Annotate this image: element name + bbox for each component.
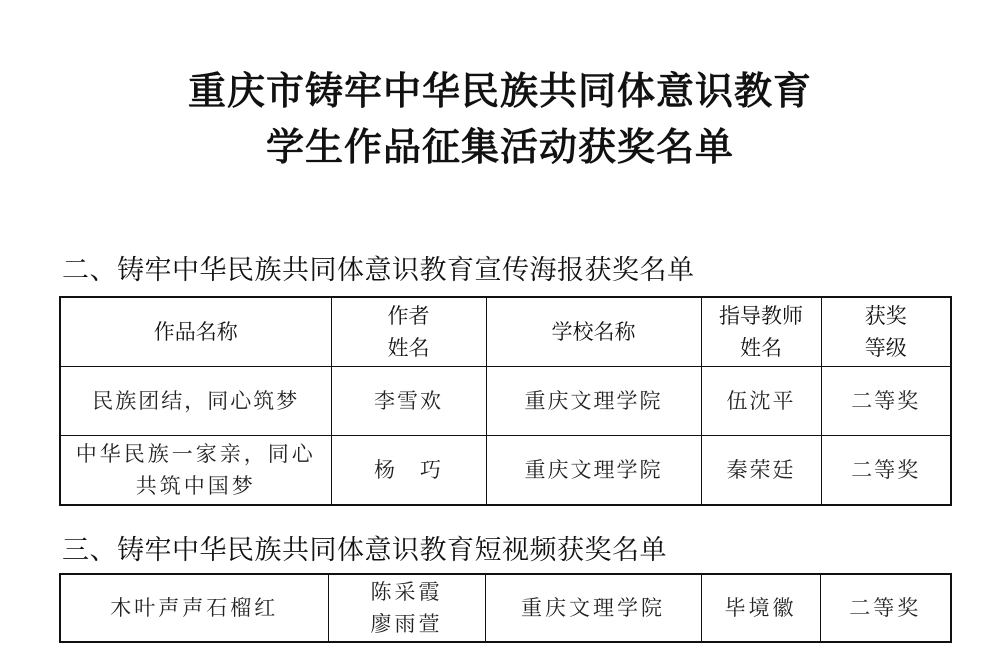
column-header-work-name: 作品名称	[60, 297, 331, 367]
cell-award-level: 二等奖	[821, 367, 951, 436]
cell-school-name: 重庆文理学院	[486, 436, 701, 506]
column-header-school-name: 学校名称	[486, 297, 701, 367]
cell-teacher-name: 伍沈平	[701, 367, 821, 436]
table-row: 民族团结，同心筑梦 李雪欢 重庆文理学院 伍沈平 二等奖	[60, 367, 951, 436]
cell-award-level: 二等奖	[820, 574, 951, 642]
cell-author-name: 陈采霞 廖雨萱	[328, 574, 485, 642]
cell-author-name: 李雪欢	[331, 367, 486, 436]
cell-school-name: 重庆文理学院	[485, 574, 701, 642]
cell-work-name: 木叶声声石榴红	[60, 574, 328, 642]
section-heading-poster: 二、铸牢中华民族共同体意识教育宣传海报获奖名单	[62, 254, 695, 288]
cell-teacher-name: 毕境徽	[701, 574, 820, 642]
section-heading-short-video: 三、铸牢中华民族共同体意识教育短视频获奖名单	[62, 534, 667, 568]
column-header-teacher-name: 指导教师 姓名	[701, 297, 821, 367]
table-row: 木叶声声石榴红 陈采霞 廖雨萱 重庆文理学院 毕境徽 二等奖	[60, 574, 951, 642]
poster-awards-table: 作品名称 作者 姓名 学校名称 指导教师 姓名 获奖 等级 民族团结，同心筑梦 …	[59, 296, 952, 506]
table-header-row: 作品名称 作者 姓名 学校名称 指导教师 姓名 获奖 等级	[60, 297, 951, 367]
cell-teacher-name: 秦荣廷	[701, 436, 821, 506]
column-header-author-name: 作者 姓名	[331, 297, 486, 367]
document-title-line-1: 重庆市铸牢中华民族共同体意识教育	[0, 66, 1000, 116]
column-header-award-level: 获奖 等级	[821, 297, 951, 367]
cell-award-level: 二等奖	[821, 436, 951, 506]
cell-work-name: 民族团结，同心筑梦	[60, 367, 331, 436]
short-video-awards-table: 木叶声声石榴红 陈采霞 廖雨萱 重庆文理学院 毕境徽 二等奖	[59, 573, 952, 643]
cell-school-name: 重庆文理学院	[486, 367, 701, 436]
cell-author-name: 杨 巧	[331, 436, 486, 506]
table-row: 中华民族一家亲，同心 共筑中国梦 杨 巧 重庆文理学院 秦荣廷 二等奖	[60, 436, 951, 506]
cell-work-name: 中华民族一家亲，同心 共筑中国梦	[60, 436, 331, 506]
document-title-line-2: 学生作品征集活动获奖名单	[0, 122, 1000, 172]
